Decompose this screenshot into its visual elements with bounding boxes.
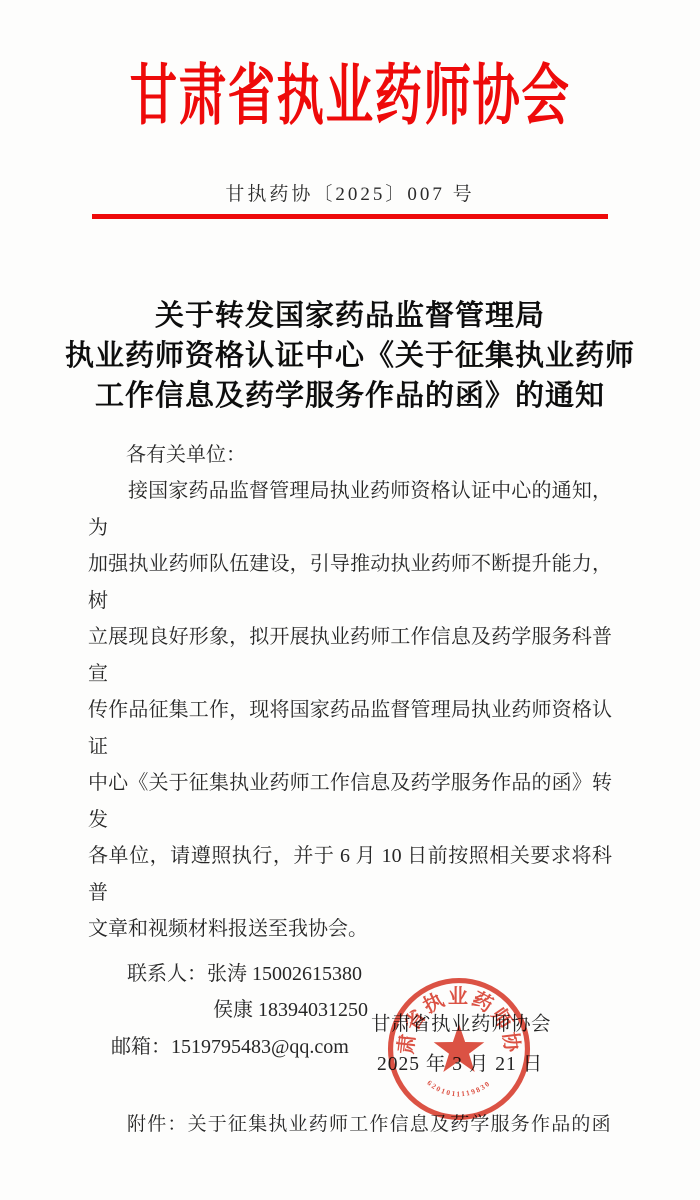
red-separator-line	[92, 214, 608, 219]
seal-number: 6201011119830	[425, 1078, 492, 1098]
seal-star-icon	[434, 1024, 485, 1072]
title-line-3: 工作信息及药学服务作品的函》的通知	[0, 376, 700, 416]
title-line-2: 执业药师资格认证中心《关于征集执业药师	[0, 336, 700, 376]
salutation: 各有关单位：	[88, 437, 612, 474]
document-title: 关于转发国家药品监督管理局 执业药师资格认证中心《关于征集执业药师 工作信息及药…	[0, 296, 700, 416]
doc-number: 甘执药协〔2025〕007 号	[0, 182, 700, 208]
attachment-line: 附件：关于征集执业药师工作信息及药学服务作品的函	[88, 1107, 612, 1144]
svg-text:6201011119830: 6201011119830	[425, 1078, 492, 1098]
paragraph-line: 加强执业药师队伍建设，引导推动执业药师不断提升能力，树	[88, 546, 612, 619]
paragraph-line: 立展现良好形象，拟开展执业药师工作信息及药学服务科普宣	[88, 619, 612, 692]
paragraph-line: 传作品征集工作，现将国家药品监督管理局执业药师资格认证	[88, 692, 612, 765]
official-seal: 甘肃省执业药师协会 6201011119830	[385, 975, 533, 1123]
title-line-1: 关于转发国家药品监督管理局	[0, 296, 700, 336]
paragraph-line: 接国家药品监督管理局执业药师资格认证中心的通知，为	[88, 473, 612, 546]
contact-line-1: 联系人：张涛 15002615380	[88, 956, 612, 993]
org-name-header: 甘肃省执业药师协会	[98, 58, 602, 136]
paragraph-line: 中心《关于征集执业药师工作信息及药学服务作品的函》转发	[88, 765, 612, 838]
paragraph-line: 各单位，请遵照执行，并于 6 月 10 日前按照相关要求将科普	[88, 838, 612, 911]
document-page: 甘肃省执业药师协会 甘执药协〔2025〕007 号 关于转发国家药品监督管理局 …	[0, 0, 700, 1200]
paragraph-line: 文章和视频材料报送至我协会。	[88, 911, 612, 948]
